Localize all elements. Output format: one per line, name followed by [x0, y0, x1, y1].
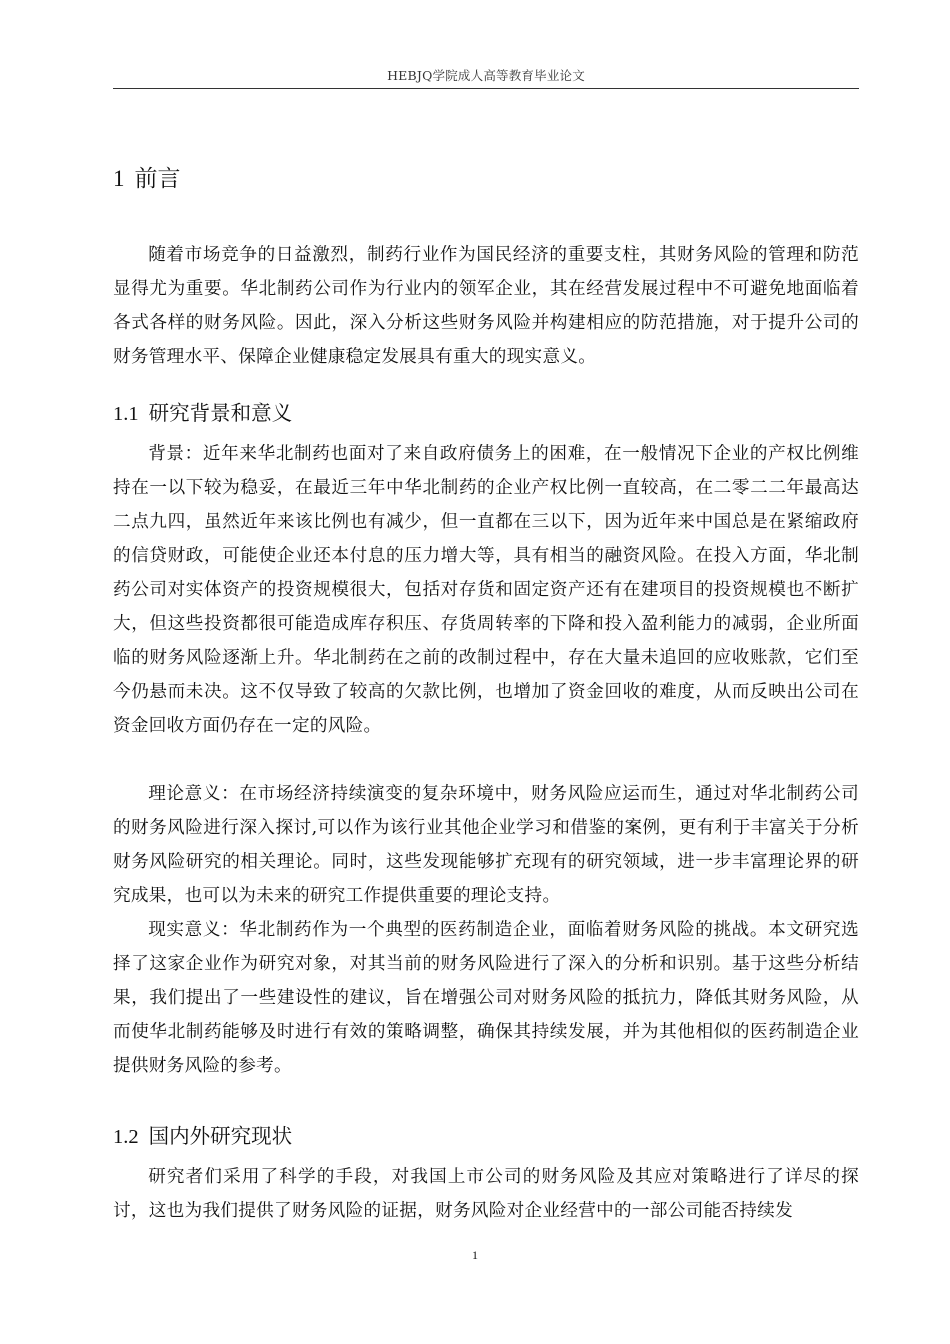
- section-heading-1-1: 1.1研究背景和意义: [113, 396, 292, 426]
- chapter-title: 前言: [135, 166, 181, 192]
- background-paragraph: 背景：近年来华北制药也面对了来自政府债务上的困难，在一般情况下企业的产权比例维持…: [113, 437, 859, 743]
- chapter-number: 1: [113, 166, 125, 191]
- section-number: 1.1: [113, 403, 139, 425]
- theoretical-significance-paragraph: 理论意义：在市场经济持续演变的复杂环境中，财务风险应运而生，通过对华北制药公司的…: [113, 777, 859, 913]
- research-status-paragraph: 研究者们采用了科学的手段，对我国上市公司的财务风险及其应对策略进行了详尽的探讨，…: [113, 1160, 859, 1228]
- header-divider: [113, 88, 859, 89]
- chapter-intro-paragraph: 随着市场竞争的日益激烈，制药行业作为国民经济的重要支柱，其财务风险的管理和防范显…: [113, 238, 859, 374]
- chapter-heading: 1前言: [113, 160, 181, 193]
- section-heading-1-2: 1.2国内外研究现状: [113, 1119, 292, 1149]
- page-number: 1: [0, 1248, 950, 1263]
- running-title: HEBJQ学院成人高等教育毕业论文: [113, 66, 859, 84]
- practical-significance-paragraph: 现实意义：华北制药作为一个典型的医药制造企业，面临着财务风险的挑战。本文研究选择…: [113, 913, 859, 1083]
- section-number: 1.2: [113, 1126, 139, 1148]
- section-title: 国内外研究现状: [149, 1124, 293, 1148]
- section-title: 研究背景和意义: [149, 401, 293, 425]
